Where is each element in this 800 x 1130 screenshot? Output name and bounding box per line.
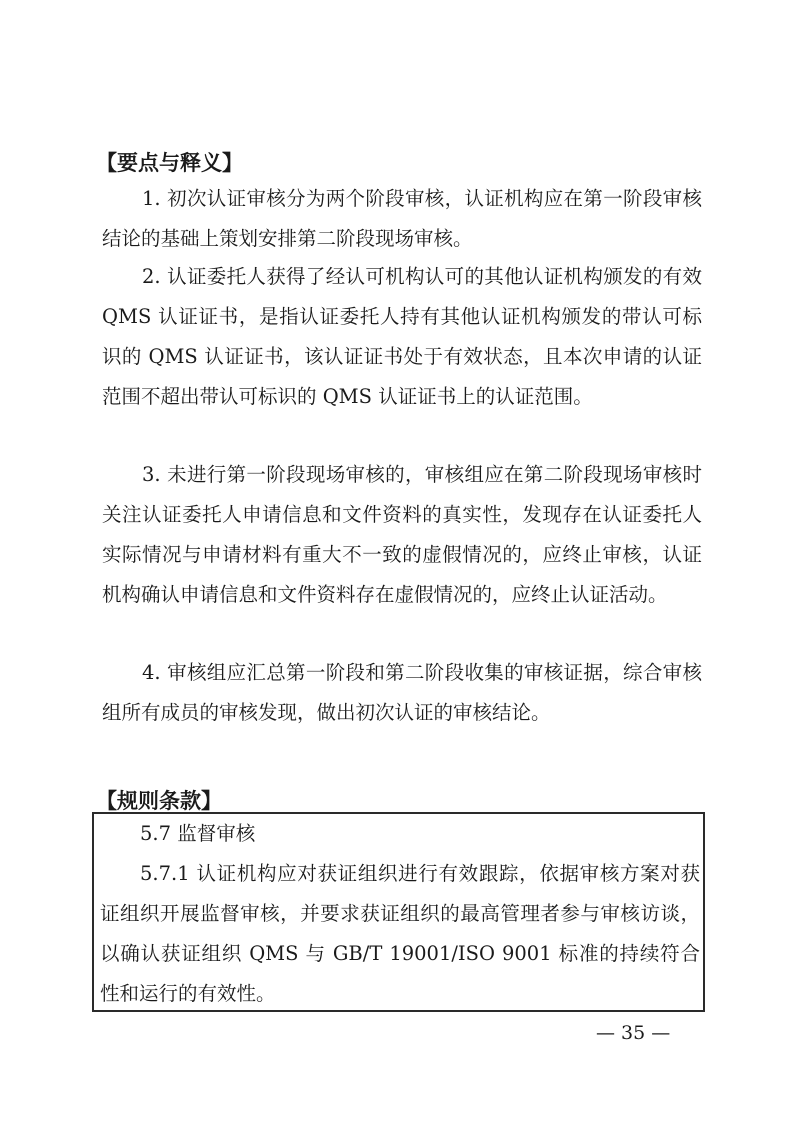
clause-5-7-1: 5.7.1 认证机构应对获证组织进行有效跟踪，依据审核方案对获证组织开展监督审核… — [100, 854, 700, 1014]
key-point-1-text: 1. 初次认证审核分为两个阶段审核，认证机构应在第一阶段审核结论的基础上策划安排… — [102, 187, 702, 250]
section-heading-key-points: 【要点与释义】 — [96, 147, 243, 177]
page-number: — 35 — — [596, 1022, 670, 1044]
key-point-2: 2. 认证委托人获得了经认可机构认可的其他认证机构颁发的有效 QMS 认证证书，… — [102, 257, 702, 417]
key-point-2-text: 2. 认证委托人获得了经认可机构认可的其他认证机构颁发的有效 QMS 认证证书，… — [102, 265, 702, 408]
clause-title-text: 5.7 监督审核 — [140, 822, 255, 845]
key-point-4-text: 4. 审核组应汇总第一阶段和第二阶段收集的审核证据，综合审核组所有成员的审核发现… — [102, 661, 702, 724]
clause-5-7-1-text: 5.7.1 认证机构应对获证组织进行有效跟踪，依据审核方案对获证组织开展监督审核… — [100, 862, 700, 1005]
key-point-1: 1. 初次认证审核分为两个阶段审核，认证机构应在第一阶段审核结论的基础上策划安排… — [102, 179, 702, 259]
section-heading-rule-clauses: 【规则条款】 — [96, 785, 222, 815]
key-point-3-text: 3. 未进行第一阶段现场审核的，审核组应在第二阶段现场审核时关注认证委托人申请信… — [102, 463, 702, 606]
clause-title: 5.7 监督审核 — [100, 814, 700, 854]
key-point-3: 3. 未进行第一阶段现场审核的，审核组应在第二阶段现场审核时关注认证委托人申请信… — [102, 455, 702, 615]
key-point-4: 4. 审核组应汇总第一阶段和第二阶段收集的审核证据，综合审核组所有成员的审核发现… — [102, 653, 702, 733]
